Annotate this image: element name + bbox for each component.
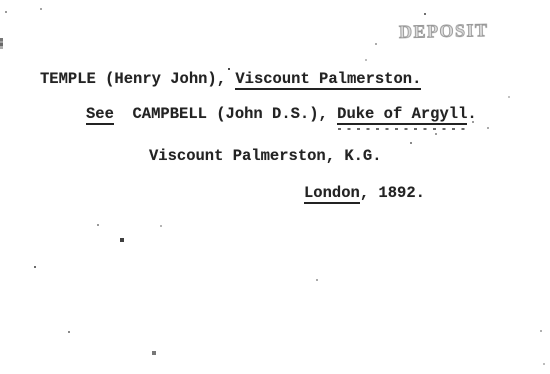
reference-title-underlined: Duke of Argyll: [337, 105, 467, 125]
scan-noise-specks: [0, 0, 2, 2]
heading-author: TEMPLE (Henry John),: [40, 70, 235, 88]
see-reference-line: See CAMPBELL (John D.S.), Duke of Argyll…: [86, 105, 477, 124]
imprint-place-underlined: London: [304, 184, 360, 204]
imprint-year: , 1892.: [360, 184, 425, 202]
reference-period: .: [467, 105, 476, 123]
heading-line: TEMPLE (Henry John), Viscount Palmerston…: [40, 70, 421, 89]
title-line: Viscount Palmerston, K.G.: [149, 147, 382, 166]
see-label: See: [86, 105, 114, 125]
heading-title-underlined: Viscount Palmerston.: [235, 70, 421, 90]
catalog-card-scan: DEPOSIT TEMPLE (Henry John), Viscount Pa…: [0, 0, 550, 374]
left-edge-smudge: [0, 38, 3, 49]
reference-author: CAMPBELL (John D.S.),: [114, 105, 337, 123]
imprint-line: London, 1892.: [304, 184, 425, 203]
deposit-stamp: DEPOSIT: [399, 20, 489, 43]
